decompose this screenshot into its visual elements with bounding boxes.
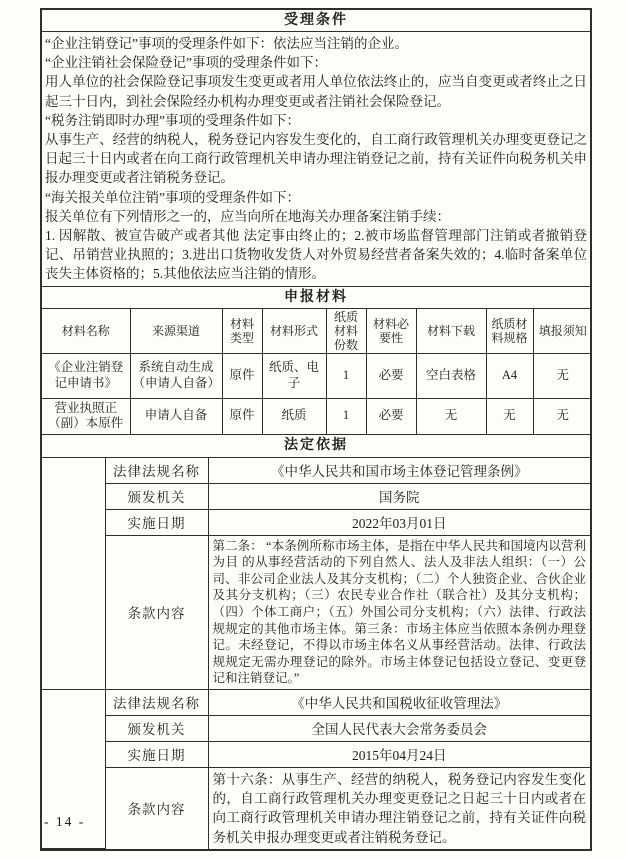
material-form-cell: 纸质、电子 — [262, 353, 326, 398]
material-name-cell: 《企业注销登记申请书》 — [42, 353, 130, 398]
law2-name-value: 《中华人民共和国税收征收管理法》 — [208, 689, 590, 715]
page-number: - 14 - — [44, 814, 85, 830]
material-source-cell: 系统自动生成（申请人自备） — [130, 353, 222, 398]
materials-table: 材料名称 来源渠道 材料类型 材料形式 纸质材料份数 材料必要性 材料下载 纸质… — [42, 309, 592, 435]
law2-content-value: 第十六条：从事生产、经营的纳税人，税务登记内容发生变化的，自工商行政管理机关办理… — [208, 767, 590, 848]
law1-issuer-row: 颁发机关 国务院 — [42, 483, 590, 509]
materials-header-spec: 纸质材料规格 — [486, 309, 533, 354]
material-form-cell: 纸质 — [262, 398, 326, 434]
law2-name-row: 法律法规名称 《中华人民共和国税收征收管理法》 — [42, 689, 590, 715]
material-download-cell: 无 — [416, 398, 486, 434]
law1-spacer-cell — [42, 457, 105, 689]
material-copies-cell: 1 — [326, 353, 366, 398]
document-table: 受理条件 “企业注销登记”事项的受理条件如下：依法应当注销的企业。 “企业注销社… — [40, 8, 592, 851]
law-issuer-label: 颁发机关 — [105, 483, 208, 509]
section-title-materials: 申报材料 — [42, 287, 590, 309]
materials-header-form: 材料形式 — [262, 309, 326, 354]
law-content-label: 条款内容 — [105, 535, 208, 689]
law2-issuer-value: 全国人民代表大会常务委员会 — [208, 715, 590, 741]
material-notes-cell: 无 — [533, 353, 592, 398]
material-spec-cell: 无 — [486, 398, 533, 434]
section-title-acceptance: 受理条件 — [42, 10, 590, 32]
materials-header-notes: 填报须知 — [533, 309, 592, 354]
law-content-label: 条款内容 — [105, 767, 208, 848]
law-name-label: 法律法规名称 — [105, 457, 208, 483]
law2-date-row: 实施日期 2015年04月24日 — [42, 741, 590, 767]
materials-header-download: 材料下载 — [416, 309, 486, 354]
law-name-label: 法律法规名称 — [105, 689, 208, 715]
law1-content-row: 条款内容 第二条： “本条例所称市场主体，是指在中华人民共和国境内以营利为目 的… — [42, 535, 590, 689]
material-type-cell: 原件 — [222, 398, 262, 434]
materials-header-name: 材料名称 — [42, 309, 130, 354]
law-date-label: 实施日期 — [105, 509, 208, 535]
law1-content-value: 第二条： “本条例所称市场主体，是指在中华人民共和国境内以营利为目 的从事经营活… — [208, 535, 590, 689]
law-date-label: 实施日期 — [105, 741, 208, 767]
material-copies-cell: 1 — [326, 398, 366, 434]
material-necessity-cell: 必要 — [366, 353, 416, 398]
law2-date-value: 2015年04月24日 — [208, 741, 590, 767]
section-title-legal: 法定依据 — [42, 435, 590, 457]
materials-header-copies: 纸质材料份数 — [326, 309, 366, 354]
material-type-cell: 原件 — [222, 353, 262, 398]
material-spec-cell: A4 — [486, 353, 533, 398]
law-issuer-label: 颁发机关 — [105, 715, 208, 741]
material-necessity-cell: 必要 — [366, 398, 416, 434]
materials-header-type: 材料类型 — [222, 309, 262, 354]
document-page: 受理条件 “企业注销登记”事项的受理条件如下：依法应当注销的企业。 “企业注销社… — [0, 0, 626, 859]
material-download-cell: 空白表格 — [416, 353, 486, 398]
materials-header-row: 材料名称 来源渠道 材料类型 材料形式 纸质材料份数 材料必要性 材料下载 纸质… — [42, 309, 592, 354]
law1-name-value: 《中华人民共和国市场主体登记管理条例》 — [208, 457, 590, 483]
acceptance-conditions-text: “企业注销登记”事项的受理条件如下：依法应当注销的企业。 “企业注销社会保险登记… — [42, 32, 590, 287]
material-source-cell: 申请人自备 — [130, 398, 222, 434]
law1-date-row: 实施日期 2022年03月01日 — [42, 509, 590, 535]
material-name-cell: 营业执照正（副）本原件 — [42, 398, 130, 434]
law2-content-row: 条款内容 第十六条：从事生产、经营的纳税人，税务登记内容发生变化的，自工商行政管… — [42, 767, 590, 848]
law1-name-row: 法律法规名称 《中华人民共和国市场主体登记管理条例》 — [42, 457, 590, 483]
law2-issuer-row: 颁发机关 全国人民代表大会常务委员会 — [42, 715, 590, 741]
materials-header-source: 来源渠道 — [130, 309, 222, 354]
material-notes-cell: 无 — [533, 398, 592, 434]
materials-row-1: 《企业注销登记申请书》 系统自动生成（申请人自备） 原件 纸质、电子 1 必要 … — [42, 353, 592, 398]
law1-issuer-value: 国务院 — [208, 483, 590, 509]
law1-date-value: 2022年03月01日 — [208, 509, 590, 535]
legal-basis-table: 法律法规名称 《中华人民共和国市场主体登记管理条例》 颁发机关 国务院 实施日期… — [42, 457, 590, 850]
materials-row-2: 营业执照正（副）本原件 申请人自备 原件 纸质 1 必要 无 无 无 — [42, 398, 592, 434]
materials-header-necessity: 材料必要性 — [366, 309, 416, 354]
